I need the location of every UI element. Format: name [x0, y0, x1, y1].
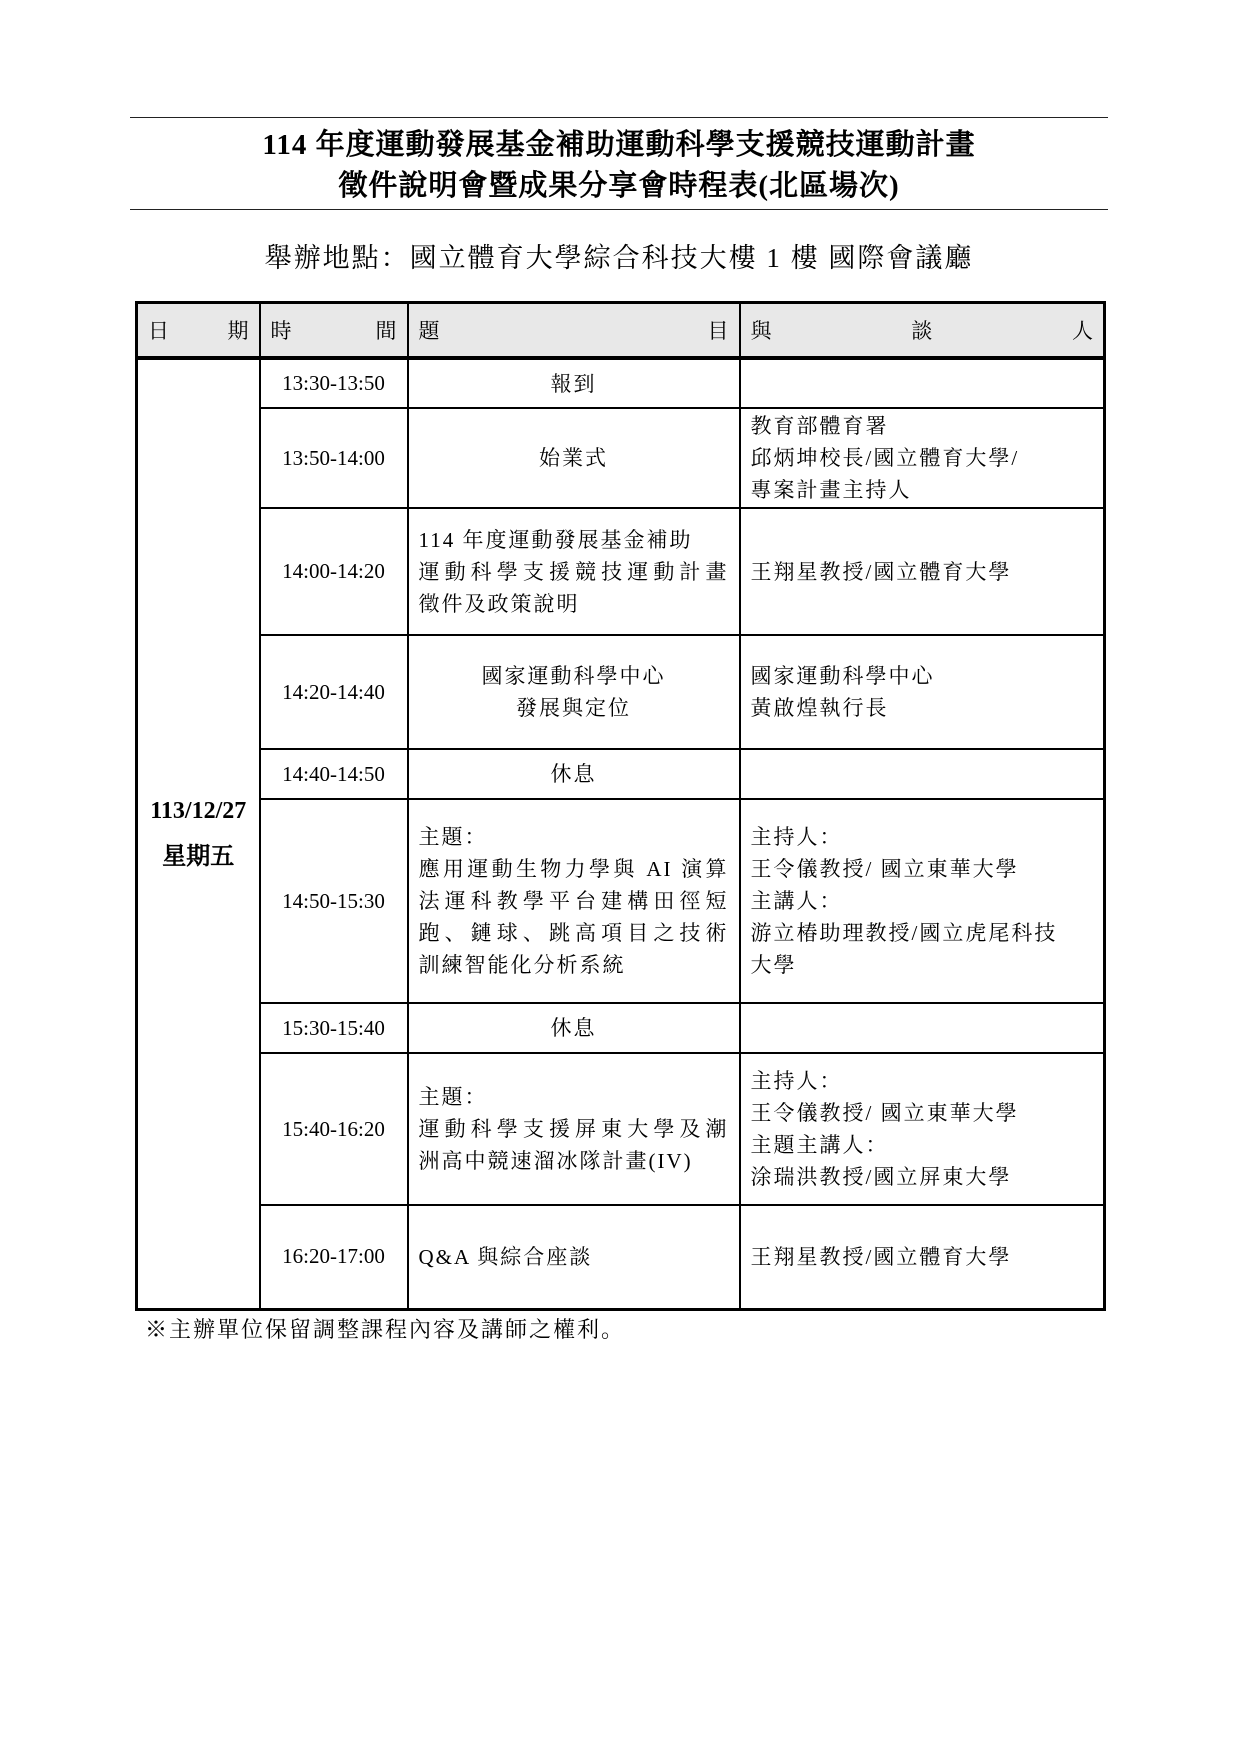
speaker-line: 主題主講人：: [751, 1129, 1094, 1161]
topic-line: 跑、鏈球、跳高項目之技術: [419, 917, 729, 949]
speaker-cell: 主持人：王令儀教授/ 國立東華大學主題主講人：涂瑞洪教授/國立屏東大學: [740, 1053, 1105, 1205]
document-title-line1: 114 年度運動發展基金補助運動科學支援競技運動計畫: [130, 123, 1108, 167]
topic-cell: 休息: [408, 749, 740, 799]
speaker-cell: [740, 749, 1105, 799]
speaker-line: 主講人：: [751, 885, 1094, 917]
topic-line: 主題：: [419, 821, 729, 853]
date-cell: 113/12/27星期五: [137, 358, 260, 1309]
topic-cell: 始業式: [408, 408, 740, 508]
speaker-line: 國家運動科學中心: [751, 660, 1094, 692]
topic-line: 法運科教學平台建構田徑短: [419, 885, 729, 917]
topic-line: 國家運動科學中心: [419, 660, 729, 692]
topic-cell: 主題：應用運動生物力學與 AI 演算法運科教學平台建構田徑短跑、鏈球、跳高項目之…: [408, 799, 740, 1003]
time-cell: 15:30-15:40: [260, 1003, 408, 1053]
weekday-value: 星期五: [148, 834, 249, 880]
topic-line: 訓練智能化分析系統: [419, 949, 729, 981]
document-title-line2: 徵件說明會暨成果分享會時程表(北區場次): [130, 164, 1108, 208]
speaker-line: 大學: [751, 949, 1094, 981]
time-cell: 14:20-14:40: [260, 635, 408, 749]
topic-cell: 休息: [408, 1003, 740, 1053]
schedule-table: 日期 時間 題目 與談人 113/12/27星期五13:30-13:50報到13…: [135, 301, 1106, 1311]
header-speaker: 與談人: [740, 303, 1105, 359]
topic-line: 報到: [419, 368, 729, 400]
topic-line: 114 年度運動發展基金補助: [419, 524, 729, 556]
time-cell: 14:50-15:30: [260, 799, 408, 1003]
speaker-line: 涂瑞洪教授/國立屏東大學: [751, 1161, 1094, 1193]
topic-cell: 114 年度運動發展基金補助運動科學支援競技運動計畫徵件及政策說明: [408, 508, 740, 635]
footnote: ※主辦單位保留調整課程內容及講師之權利。: [145, 1313, 625, 1344]
topic-line: 發展與定位: [419, 692, 729, 724]
topic-line: 主題：: [419, 1081, 729, 1113]
header-row: 日期 時間 題目 與談人: [137, 303, 1105, 359]
table-row: 13:50-14:00始業式教育部體育署邱炳坤校長/國立體育大學/專案計畫主持人: [137, 408, 1105, 508]
speaker-cell: [740, 358, 1105, 408]
venue-text: 舉辦地點：國立體育大學綜合科技大樓 1 樓 國際會議廳: [130, 236, 1108, 275]
topic-line: 休息: [419, 758, 729, 790]
speaker-line: 王翔星教授/國立體育大學: [751, 556, 1094, 588]
topic-cell: Q&A 與綜合座談: [408, 1205, 740, 1309]
table-row: 15:40-16:20主題：運動科學支援屏東大學及潮洲高中競速溜冰隊計畫(IV)…: [137, 1053, 1105, 1205]
topic-line: 運動科學支援競技運動計畫: [419, 556, 729, 588]
time-cell: 14:40-14:50: [260, 749, 408, 799]
time-cell: 13:30-13:50: [260, 358, 408, 408]
speaker-line: 王翔星教授/國立體育大學: [751, 1241, 1094, 1273]
table-row: 16:20-17:00Q&A 與綜合座談王翔星教授/國立體育大學: [137, 1205, 1105, 1309]
header-date: 日期: [137, 303, 260, 359]
speaker-line: 教育部體育署: [751, 410, 1094, 442]
time-cell: 13:50-14:00: [260, 408, 408, 508]
table-row: 14:40-14:50休息: [137, 749, 1105, 799]
header-topic: 題目: [408, 303, 740, 359]
topic-line: 運動科學支援屏東大學及潮: [419, 1113, 729, 1145]
topic-cell: 報到: [408, 358, 740, 408]
speaker-cell: 主持人：王令儀教授/ 國立東華大學主講人：游立椿助理教授/國立虎尾科技大學: [740, 799, 1105, 1003]
speaker-line: 游立椿助理教授/國立虎尾科技: [751, 917, 1094, 949]
time-cell: 15:40-16:20: [260, 1053, 408, 1205]
speaker-line: 王令儀教授/ 國立東華大學: [751, 853, 1094, 885]
speaker-cell: 教育部體育署邱炳坤校長/國立體育大學/專案計畫主持人: [740, 408, 1105, 508]
date-value: 113/12/27: [148, 788, 249, 834]
speaker-line: 主持人：: [751, 1065, 1094, 1097]
topic-line: 洲高中競速溜冰隊計畫(IV): [419, 1145, 729, 1177]
time-cell: 14:00-14:20: [260, 508, 408, 635]
table-row: 113/12/27星期五13:30-13:50報到: [137, 358, 1105, 408]
topic-line: 應用運動生物力學與 AI 演算: [419, 853, 729, 885]
speaker-cell: 國家運動科學中心黃啟煌執行長: [740, 635, 1105, 749]
topic-line: 始業式: [419, 442, 729, 474]
speaker-cell: 王翔星教授/國立體育大學: [740, 1205, 1105, 1309]
table-row: 14:00-14:20114 年度運動發展基金補助運動科學支援競技運動計畫徵件及…: [137, 508, 1105, 635]
table-row: 15:30-15:40休息: [137, 1003, 1105, 1053]
speaker-line: 專案計畫主持人: [751, 474, 1094, 506]
speaker-line: 王令儀教授/ 國立東華大學: [751, 1097, 1094, 1129]
speaker-cell: [740, 1003, 1105, 1053]
table-row: 14:50-15:30主題：應用運動生物力學與 AI 演算法運科教學平台建構田徑…: [137, 799, 1105, 1003]
top-rule: [130, 117, 1108, 118]
bottom-rule: [130, 209, 1108, 210]
speaker-cell: 王翔星教授/國立體育大學: [740, 508, 1105, 635]
topic-cell: 主題：運動科學支援屏東大學及潮洲高中競速溜冰隊計畫(IV): [408, 1053, 740, 1205]
time-cell: 16:20-17:00: [260, 1205, 408, 1309]
speaker-line: 邱炳坤校長/國立體育大學/: [751, 442, 1094, 474]
topic-cell: 國家運動科學中心發展與定位: [408, 635, 740, 749]
topic-line: 徵件及政策說明: [419, 588, 729, 620]
speaker-line: 黃啟煌執行長: [751, 692, 1094, 724]
header-time: 時間: [260, 303, 408, 359]
table-row: 14:20-14:40國家運動科學中心發展與定位國家運動科學中心黃啟煌執行長: [137, 635, 1105, 749]
topic-line: 休息: [419, 1012, 729, 1044]
speaker-line: 主持人：: [751, 821, 1094, 853]
topic-line: Q&A 與綜合座談: [419, 1241, 729, 1273]
